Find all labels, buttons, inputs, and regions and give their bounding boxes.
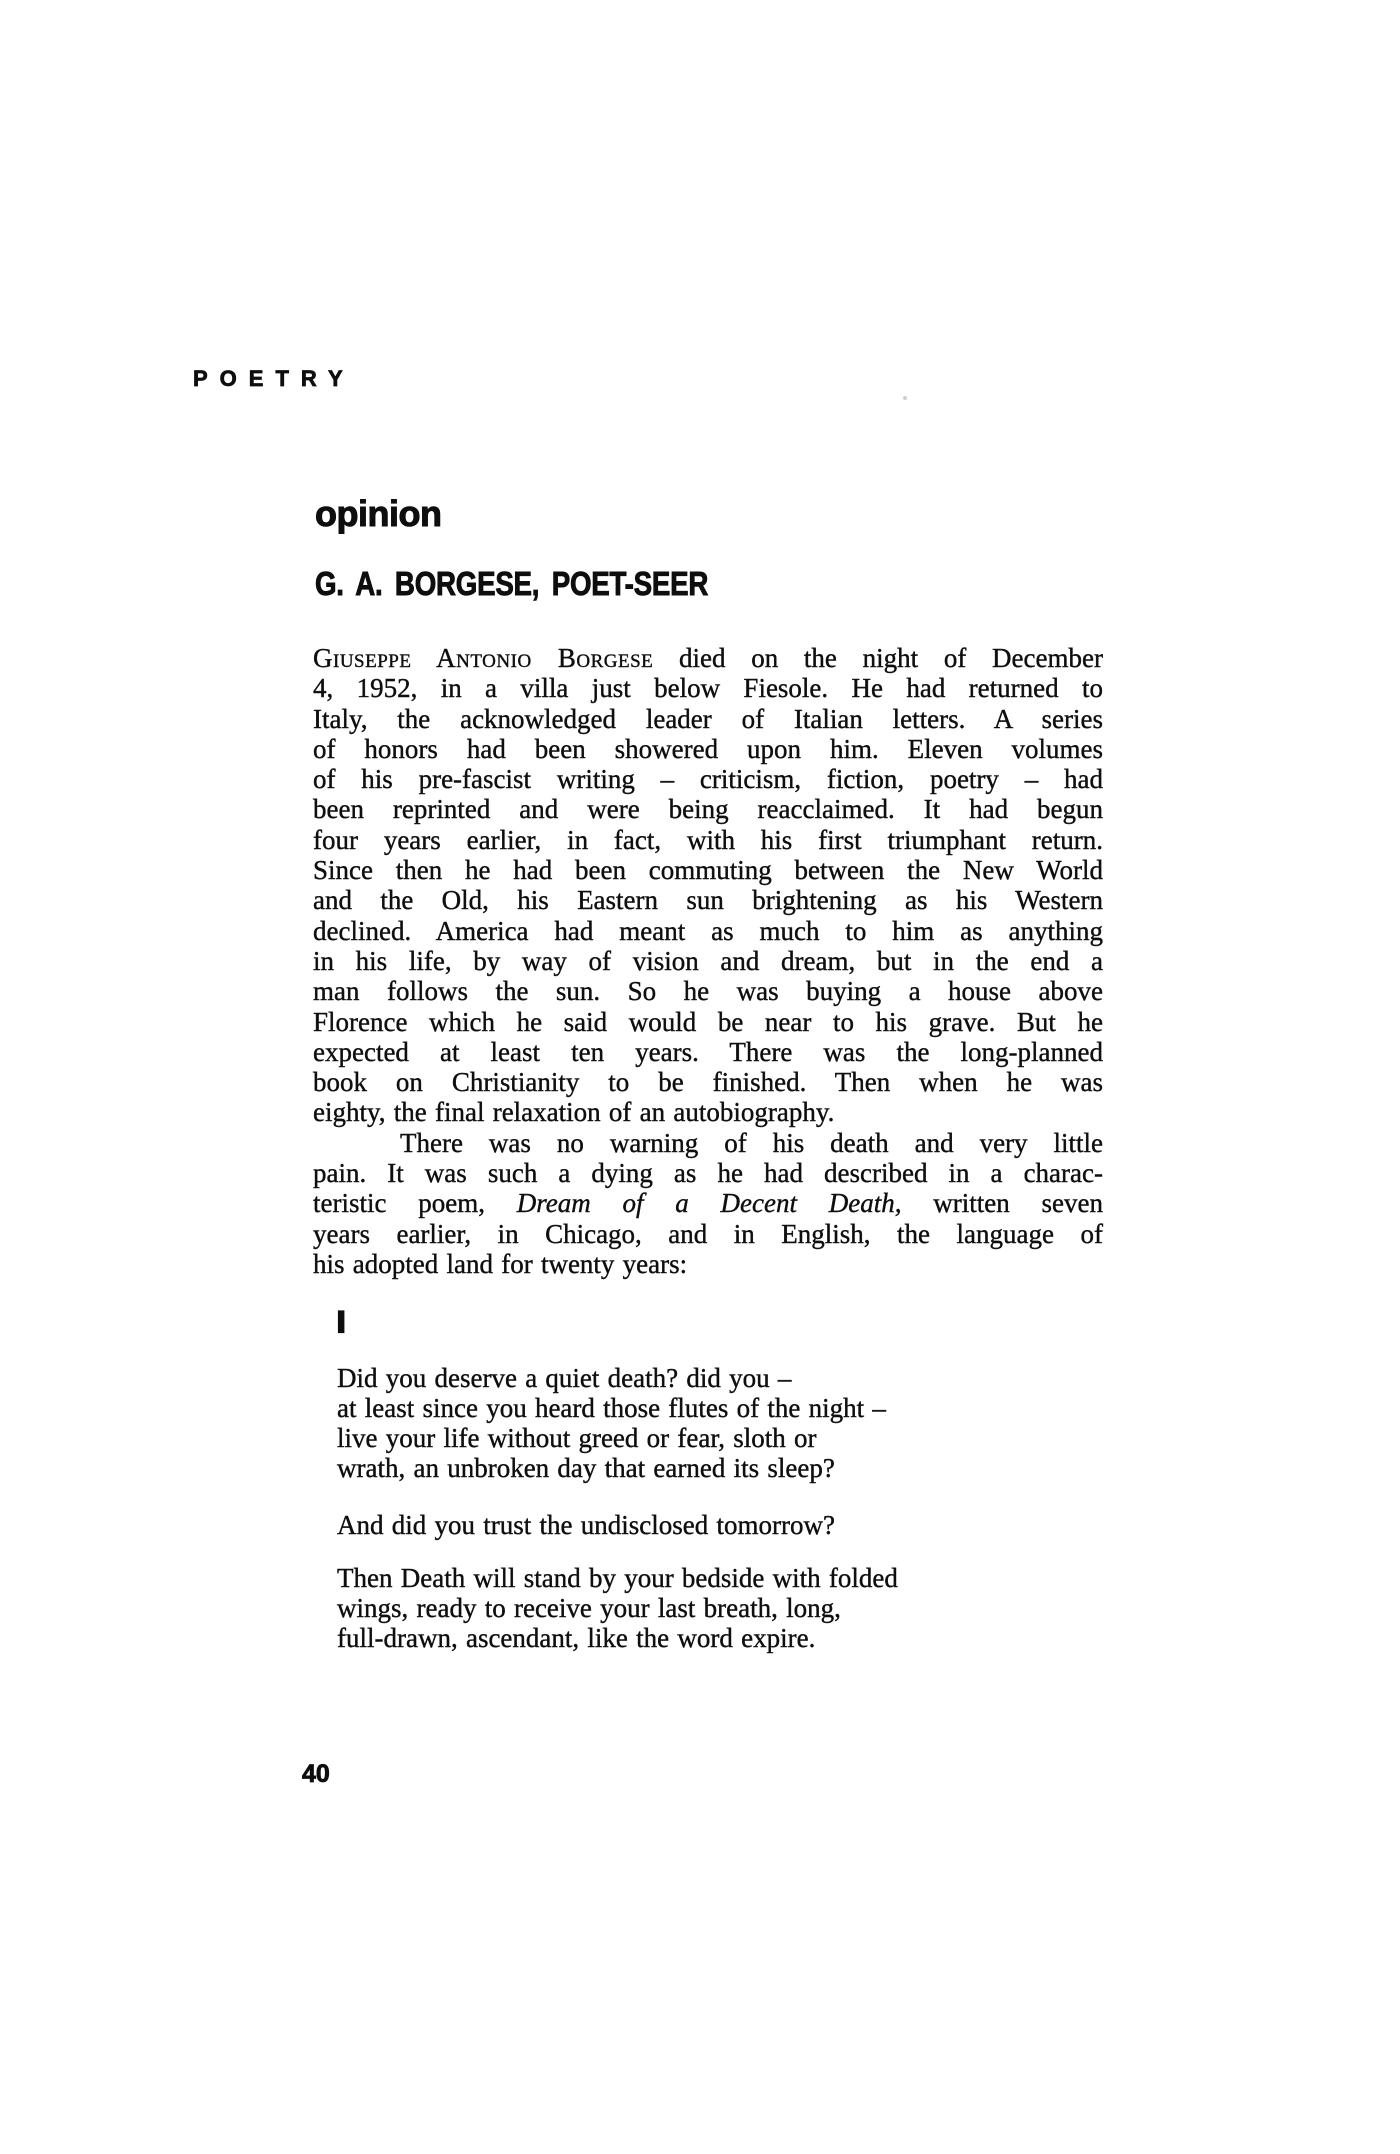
- poem-line: at least since you heard those flutes of…: [337, 1393, 1117, 1423]
- body-line: Italy, the acknowledged leader of Italia…: [313, 704, 1103, 734]
- poem-line: Did you deserve a quiet death? did you –: [337, 1363, 1117, 1393]
- body-line: There was no warning of his death and ve…: [313, 1128, 1103, 1158]
- body-line: man follows the sun. So he was buying a …: [313, 976, 1103, 1006]
- body-line: of his pre-fascist writing – criticism, …: [313, 764, 1103, 794]
- poem-stanza: Then Death will stand by your bedside wi…: [337, 1563, 1117, 1653]
- article-title: G. A. BORGESE, POET-SEER: [315, 567, 708, 600]
- body-line: book on Christianity to be finished. The…: [313, 1067, 1103, 1097]
- body-line: Giuseppe Antonio Borgese died on the nig…: [313, 643, 1103, 673]
- author-name-smallcaps: Giuseppe Antonio Borgese: [313, 643, 653, 673]
- body-line: four years earlier, in fact, with his fi…: [313, 825, 1103, 855]
- body-line: declined. America had meant as much to h…: [313, 916, 1103, 946]
- poem-section-numeral: I: [337, 1308, 345, 1338]
- body-line: of honors had been showered upon him. El…: [313, 734, 1103, 764]
- poem-line: And did you trust the undisclosed tomorr…: [337, 1510, 1117, 1540]
- scan-speck: [903, 396, 907, 400]
- page-number: 40: [302, 1762, 330, 1787]
- poem-stanza: Did you deserve a quiet death? did you –…: [337, 1363, 1117, 1483]
- poem-line: Then Death will stand by your bedside wi…: [337, 1563, 1117, 1593]
- body-line: teristic poem, Dream of a Decent Death, …: [313, 1188, 1103, 1218]
- body-line: eighty, the final relaxation of an autob…: [313, 1097, 1103, 1127]
- body-line-text: written seven: [902, 1188, 1104, 1218]
- body-line: Florence which he said would be near to …: [313, 1007, 1103, 1037]
- poem-stanza: And did you trust the undisclosed tomorr…: [337, 1510, 1117, 1540]
- poem-title-italic: Dream of a Decent Death,: [517, 1188, 902, 1218]
- body-line: years earlier, in Chicago, and in Englis…: [313, 1219, 1103, 1249]
- body-line: Since then he had been commuting between…: [313, 855, 1103, 885]
- scanned-magazine-page: { "page": { "journal_title": "POETRY", "…: [0, 0, 1400, 2154]
- body-line: in his life, by way of vision and dream,…: [313, 946, 1103, 976]
- body-line: his adopted land for twenty years:: [313, 1249, 1103, 1279]
- body-line: 4, 1952, in a villa just below Fiesole. …: [313, 673, 1103, 703]
- body-line: pain. It was such a dying as he had desc…: [313, 1158, 1103, 1188]
- journal-title: POETRY: [193, 368, 355, 390]
- body-line-text: died on the night of December: [653, 643, 1103, 673]
- poem-line: live your life without greed or fear, sl…: [337, 1423, 1117, 1453]
- poem-line: wrath, an unbroken day that earned its s…: [337, 1453, 1117, 1483]
- poem-line: full-drawn, ascendant, like the word exp…: [337, 1623, 1117, 1653]
- article-body: Giuseppe Antonio Borgese died on the nig…: [313, 643, 1103, 1279]
- body-line: expected at least ten years. There was t…: [313, 1037, 1103, 1067]
- body-line: and the Old, his Eastern sun brightening…: [313, 885, 1103, 915]
- poem: Did you deserve a quiet death? did you –…: [337, 1363, 1117, 1653]
- body-line: been reprinted and were being reacclaime…: [313, 794, 1103, 824]
- body-line-text: teristic poem,: [313, 1188, 517, 1218]
- section-label: opinion: [315, 496, 441, 532]
- poem-line: wings, ready to receive your last breath…: [337, 1593, 1117, 1623]
